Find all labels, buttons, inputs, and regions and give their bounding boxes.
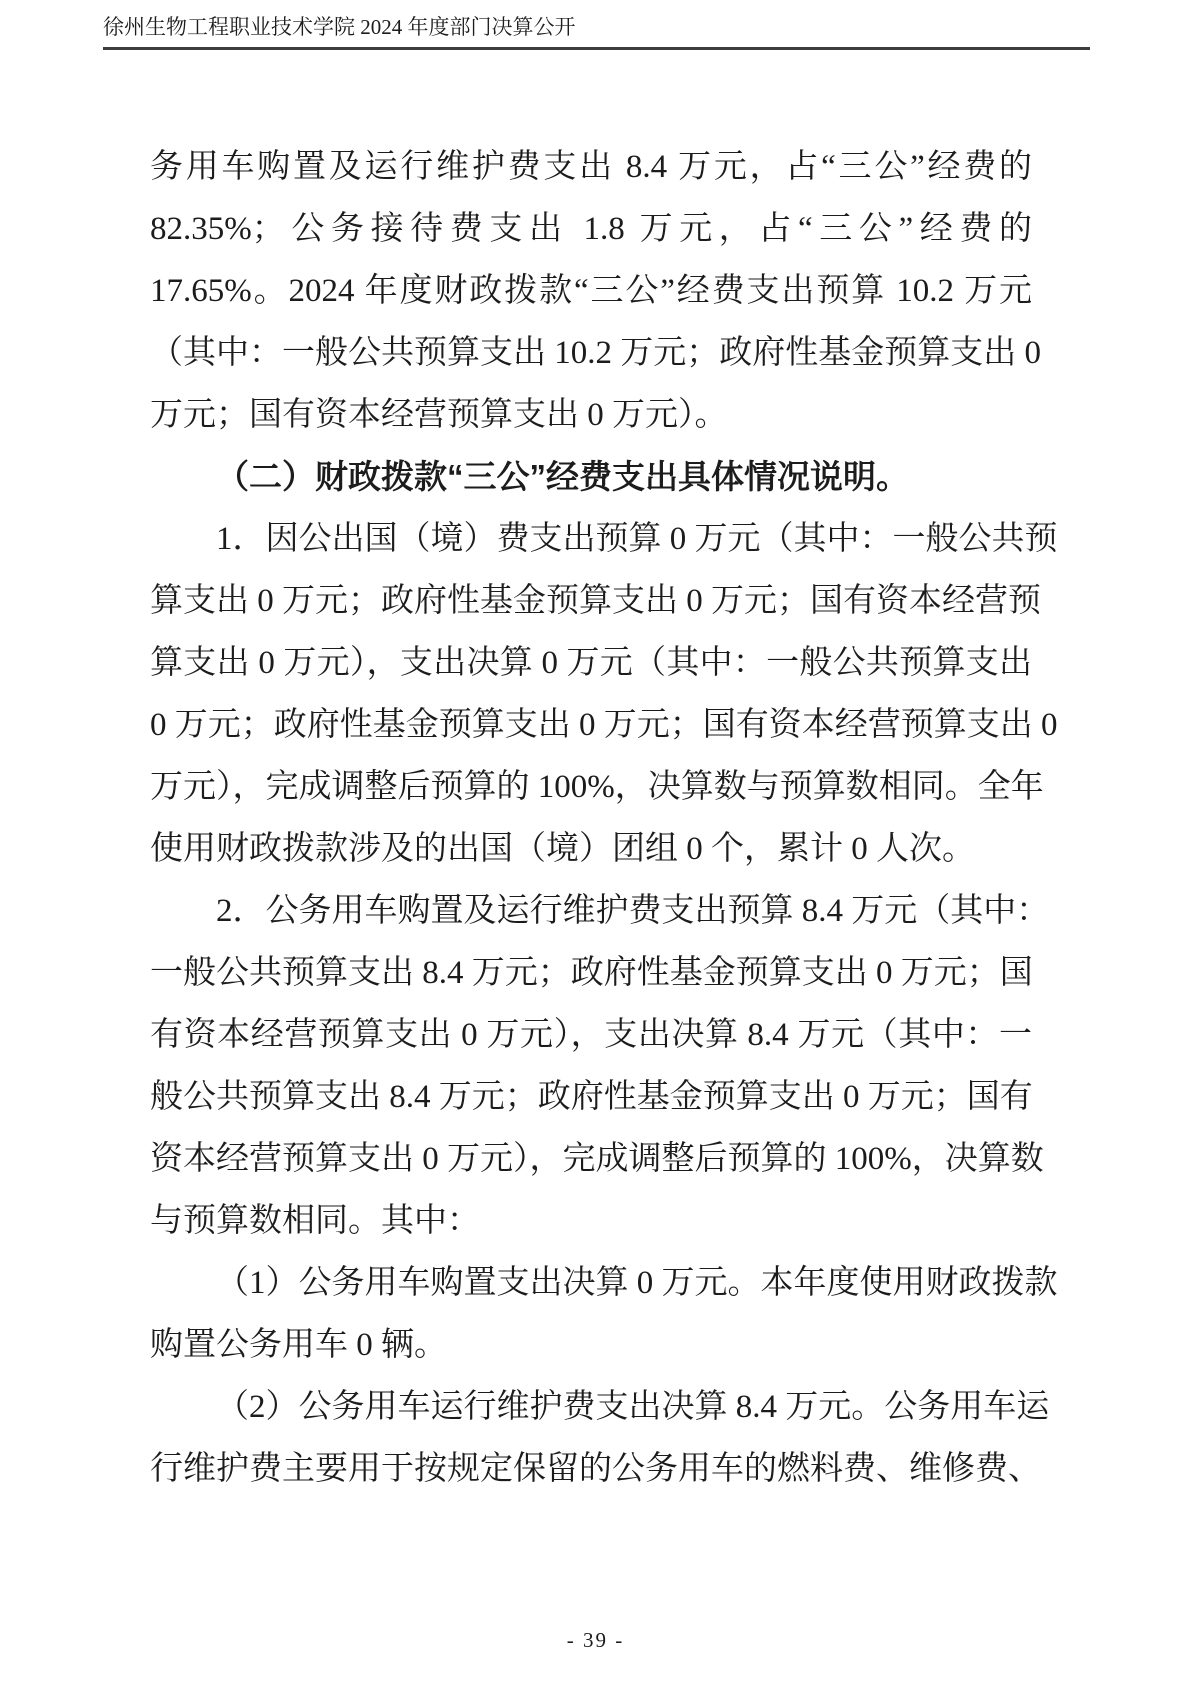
document-page: 徐州生物工程职业技术学院 2024 年度部门决算公开 务用车购置及运行维护费支出…: [0, 0, 1191, 1684]
text-line: 资本经营预算支出 0 万元），完成调整后预算的 100%，决算数: [150, 1128, 1032, 1190]
text-line: 算支出 0 万元；政府性基金预算支出 0 万元；国有资本经营预: [150, 570, 1032, 632]
text-line: （1）公务用车购置支出决算 0 万元。本年度使用财政拨款: [150, 1252, 1032, 1314]
page-footer: - 39 -: [0, 1628, 1191, 1653]
text-line: 购置公务用车 0 辆。: [150, 1314, 1032, 1376]
text-line: 有资本经营预算支出 0 万元），支出决算 8.4 万元（其中：一: [150, 1004, 1032, 1066]
page-number: - 39 -: [567, 1628, 625, 1652]
header-title: 徐州生物工程职业技术学院 2024 年度部门决算公开: [103, 14, 1090, 40]
text-line: 算支出 0 万元），支出决算 0 万元（其中：一般公共预算支出: [150, 632, 1032, 694]
text-line: 行维护费主要用于按规定保留的公务用车的燃料费、维修费、: [150, 1438, 1032, 1500]
text-line: 使用财政拨款涉及的出国（境）团组 0 个，累计 0 人次。: [150, 818, 1032, 880]
text-line: 1．因公出国（境）费支出预算 0 万元（其中：一般公共预: [150, 508, 1032, 570]
section-heading: （二）财政拨款“三公”经费支出具体情况说明。: [150, 446, 1032, 508]
text-line: 82.35%；公务接待费支出 1.8 万元，占“三公”经费的: [150, 198, 1032, 260]
text-line: 万元），完成调整后预算的 100%，决算数与预算数相同。全年: [150, 756, 1032, 818]
text-line: 2．公务用车购置及运行维护费支出预算 8.4 万元（其中：: [150, 880, 1032, 942]
text-line: （其中：一般公共预算支出 10.2 万元；政府性基金预算支出 0: [150, 322, 1032, 384]
text-line: 17.65%。2024 年度财政拨款“三公”经费支出预算 10.2 万元: [150, 260, 1032, 322]
text-line: 般公共预算支出 8.4 万元；政府性基金预算支出 0 万元；国有: [150, 1066, 1032, 1128]
text-line: 0 万元；政府性基金预算支出 0 万元；国有资本经营预算支出 0: [150, 694, 1032, 756]
text-line: 万元；国有资本经营预算支出 0 万元）。: [150, 384, 1032, 446]
text-line: （2）公务用车运行维护费支出决算 8.4 万元。公务用车运: [150, 1376, 1032, 1438]
document-body: 务用车购置及运行维护费支出 8.4 万元，占“三公”经费的82.35%；公务接待…: [150, 136, 1032, 1500]
text-line: 务用车购置及运行维护费支出 8.4 万元，占“三公”经费的: [150, 136, 1032, 198]
text-line: 与预算数相同。其中：: [150, 1190, 1032, 1252]
page-header: 徐州生物工程职业技术学院 2024 年度部门决算公开: [103, 14, 1090, 50]
text-line: 一般公共预算支出 8.4 万元；政府性基金预算支出 0 万元；国: [150, 942, 1032, 1004]
